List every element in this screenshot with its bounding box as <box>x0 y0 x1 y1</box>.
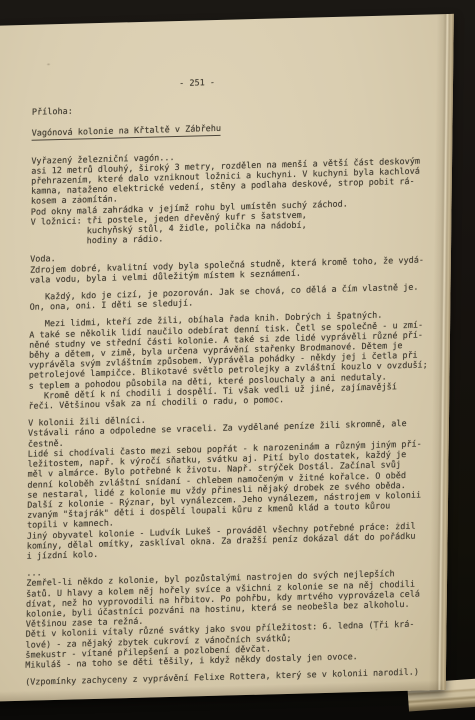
page-content: - 251 - Příloha: Vagónová kolonie na Křt… <box>0 14 454 702</box>
typewritten-paragraph-wagon: Vyřazený železniční vagón... asi 12 metr… <box>30 146 438 248</box>
document-title-line: Vagónová kolonie na Křtaltě v Zábřehu <box>32 119 439 140</box>
typewritten-paragraph-books: Mezi lidmi, kteří zde žili, obíhala řada… <box>28 310 436 412</box>
photo-background: - 251 - Příloha: Vagónová kolonie na Křt… <box>0 0 475 720</box>
document-title: Vagónová kolonie na Křtaltě v Zábřehu <box>32 124 221 141</box>
scanned-page: - 251 - Příloha: Vagónová kolonie na Křt… <box>0 14 454 702</box>
page-number: - 251 - <box>179 72 439 89</box>
typewritten-paragraph-customs: ... Zemřel-li někdo z kolonie, byl pozůs… <box>25 558 433 671</box>
typewritten-paragraph-water: Voda. Zdrojem dobré, kvalitní vody byla … <box>30 245 437 286</box>
footer-note: (Vzpomínky zachyceny z vyprávění Felixe … <box>25 667 432 688</box>
typewritten-paragraph-strangers: Každý, kdo je cizí, je pozorován. Jak se… <box>30 282 437 313</box>
typewritten-paragraph-workers: V kolonii žili dělníci. Vstávali ráno a … <box>27 408 436 561</box>
attachment-label: Příloha: <box>32 97 439 118</box>
